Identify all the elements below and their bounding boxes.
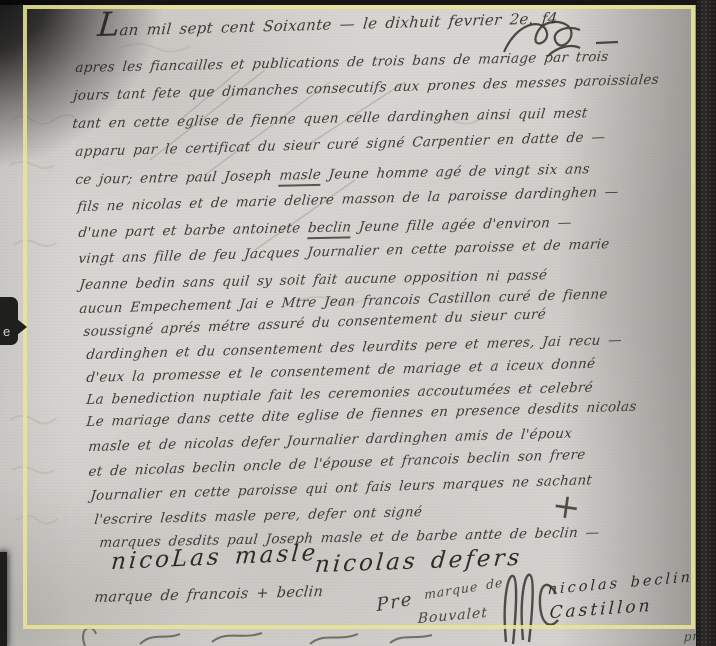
tooltip-arrow-icon [17,319,27,335]
left-edge-tooltip[interactable]: e [0,297,18,345]
film-edge-band [696,0,716,646]
archive-viewer-stage: Lan mil sept cent Soixante — le dixhuit … [0,0,716,646]
tooltip-partial-label: e [3,325,10,338]
film-edge-left [0,552,7,646]
cross-mark: + [550,488,583,526]
film-edge-top [0,0,716,5]
